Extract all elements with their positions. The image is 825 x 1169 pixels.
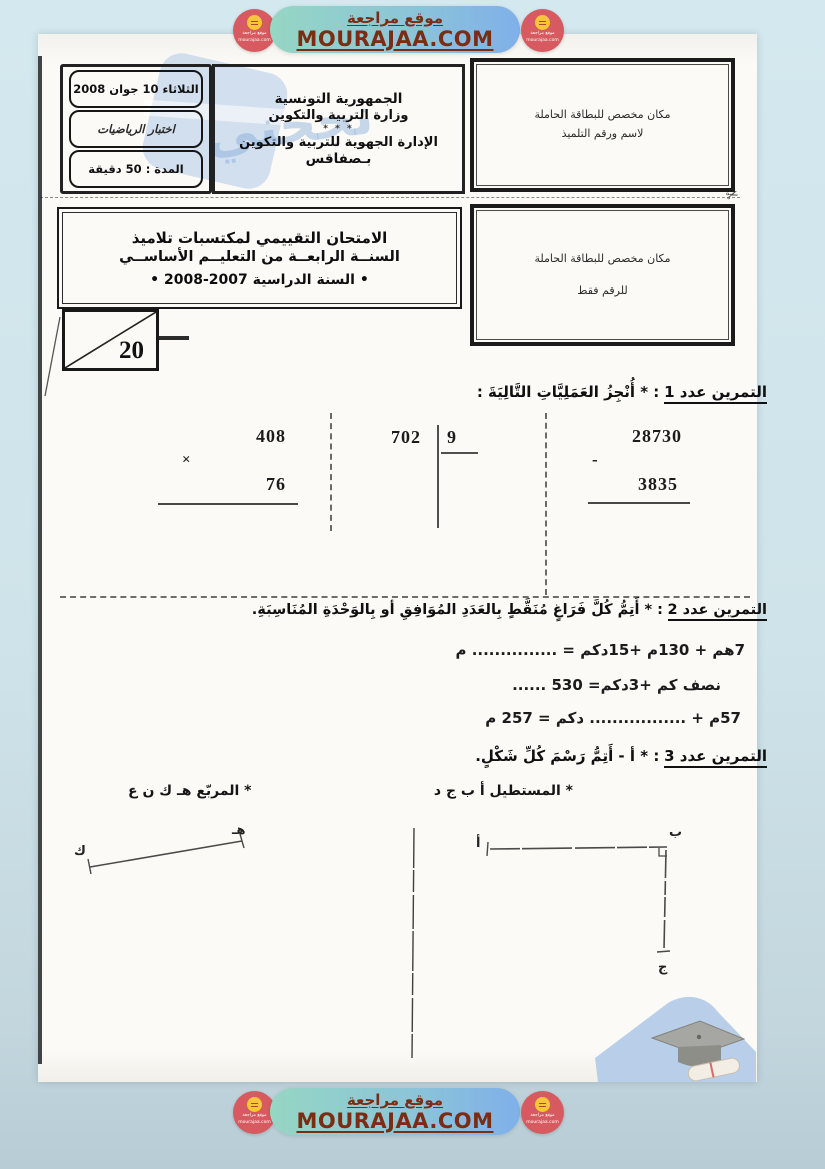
exam-title-box: الامتحان التقييمي لمكتسبات تلاميذ السنــ… [57, 207, 462, 309]
point-label-j: ج [658, 960, 667, 975]
exam-date: الثلاثاء 10 جوان 2008 [69, 70, 203, 108]
operation-divider-dashed [545, 413, 547, 595]
fill-blank-item: نصف كم +3دكم= 530 ...... [512, 676, 721, 694]
sub-rule-line [588, 502, 690, 504]
exercise2-instruction: : * أَتِمُّ كُلَّ فَرَاغٍ مُنَقَّطٍ بِال… [252, 602, 663, 618]
exercise1-title: التمرين عدد 1 [664, 383, 767, 404]
name-card-box: مكان مخصص للبطاقة الحاملة لاسم ورقم التل… [470, 58, 735, 192]
scan-left-edge [38, 56, 42, 1064]
number-card-line1: مكان مخصص للبطاقة الحاملة [534, 250, 670, 268]
city-line: بـصفاقس [306, 151, 372, 167]
sub-operand2: 3835 [588, 474, 690, 495]
mult-operand1: 408 [158, 426, 298, 447]
exam-subject: اختبار الرياضيات [69, 110, 203, 148]
site-name-url[interactable]: MOURAJAA.COM [296, 1109, 493, 1133]
number-card-line2: للرقم فقط [577, 282, 627, 300]
book-icon [247, 15, 262, 30]
score-box: 20 [62, 309, 159, 371]
exercise3-heading: التمرين عدد 3 : * أ - أَتِمُّ رَسْمَ كُل… [475, 747, 767, 765]
fill-blank-item: 7هم + 130م +15دكم = ............... م [456, 641, 746, 659]
division-underline [441, 452, 478, 454]
exam-info-box: الثلاثاء 10 جوان 2008 اختبار الرياضيات ا… [60, 64, 212, 194]
book-icon [535, 15, 550, 30]
sub-sign: - [592, 450, 599, 470]
section-divider-dashed [60, 596, 750, 598]
point-label-b: ب [669, 825, 682, 840]
regional-admin-line: الإدارة الجهوية للتربية والتكوين [239, 135, 438, 150]
exercise2-heading: التمرين عدد 2 : * أَتِمُّ كُلَّ فَرَاغٍ … [252, 602, 767, 618]
exercise3-instruction: : * أ - أَتِمُّ رَسْمَ كُلِّ شَكْلٍ. [475, 747, 659, 765]
site-logo-icon: موقع مراجعة mourajaa.com [521, 1091, 564, 1134]
page: موقع مراجعة mourajaa.com موقع مراجعة MOU… [0, 0, 825, 1169]
exercise3-title: التمرين عدد 3 [664, 747, 767, 768]
exercise1-heading: التمرين عدد 1 : * أُنْجِزُ العَمَلِيَّات… [477, 383, 767, 401]
point-label-a: أ [476, 836, 480, 851]
book-icon [247, 1097, 262, 1112]
logo-caption-en: mourajaa.com [238, 1120, 270, 1126]
site-name-url[interactable]: MOURAJAA.COM [296, 27, 493, 51]
fill-blank-item: 57م + ................. دكم = 257 م [485, 709, 741, 727]
logo-caption-en: mourajaa.com [526, 38, 558, 44]
exercise1-instruction: : * أُنْجِزُ العَمَلِيَّاتِ التَّالِيَةَ… [477, 383, 660, 401]
point-label-k: ك [74, 844, 86, 859]
name-card-line1: مكان مخصص للبطاقة الحاملة [534, 106, 670, 125]
exam-title-year: • السنة الدراسية 2007-2008 • [150, 272, 369, 288]
mult-sign: × [182, 452, 192, 469]
sub-operand1: 28730 [588, 426, 690, 447]
mult-operand2: 76 [158, 474, 298, 495]
logo-caption-en: mourajaa.com [526, 1120, 558, 1126]
name-card-line2: لاسم ورقم التلميذ [562, 125, 644, 144]
division-dividend: 702 [391, 427, 421, 448]
logo-caption-ar: موقع مراجعة [242, 31, 266, 37]
score-box-tab [159, 336, 189, 340]
ministry-header-box: الجمهورية التونسية وزارة التربية والتكوي… [212, 64, 465, 194]
book-icon [535, 1097, 550, 1112]
site-banner-link[interactable]: موقع مراجعة MOURAJAA.COM [270, 1088, 520, 1135]
logo-caption-ar: موقع مراجعة [242, 1113, 266, 1119]
republic-line: الجمهورية التونسية [275, 91, 403, 107]
logo-caption-ar: موقع مراجعة [530, 1113, 554, 1119]
score-total: 20 [119, 337, 144, 365]
site-name-arabic[interactable]: موقع مراجعة [347, 1091, 443, 1109]
cut-dotted-line [40, 197, 740, 198]
site-banner-link[interactable]: موقع مراجعة MOURAJAA.COM [270, 6, 520, 53]
ministry-line: وزارة التربية والتكوين [268, 108, 408, 123]
rectangle-label: * المستطيل أ ب ج د [434, 783, 573, 799]
exam-title-line1: الامتحان التقييمي لمكتسبات تلاميذ [132, 229, 388, 247]
number-card-box: مكان مخصص للبطاقة الحاملة للرقم فقط [470, 204, 735, 346]
division-bar [437, 425, 439, 528]
square-label: * المربّع هـ ك ن ع [128, 783, 252, 799]
division-divisor: 9 [447, 427, 457, 448]
separator-stars: * * * [323, 124, 353, 134]
logo-caption-en: mourajaa.com [238, 38, 270, 44]
point-label-h: هـ [232, 823, 245, 838]
exam-title-line2: السنــة الرابعــة من التعليــم الأساســي [119, 249, 400, 265]
mult-rule-line [158, 503, 298, 505]
operation-divider-dashed [330, 413, 332, 531]
site-name-arabic[interactable]: موقع مراجعة [347, 9, 443, 27]
exam-duration: المدة : 50 دقيقة [69, 150, 203, 188]
site-logo-icon: موقع مراجعة mourajaa.com [521, 9, 564, 52]
exercise2-title: التمرين عدد 2 [668, 602, 767, 621]
logo-caption-ar: موقع مراجعة [530, 31, 554, 37]
